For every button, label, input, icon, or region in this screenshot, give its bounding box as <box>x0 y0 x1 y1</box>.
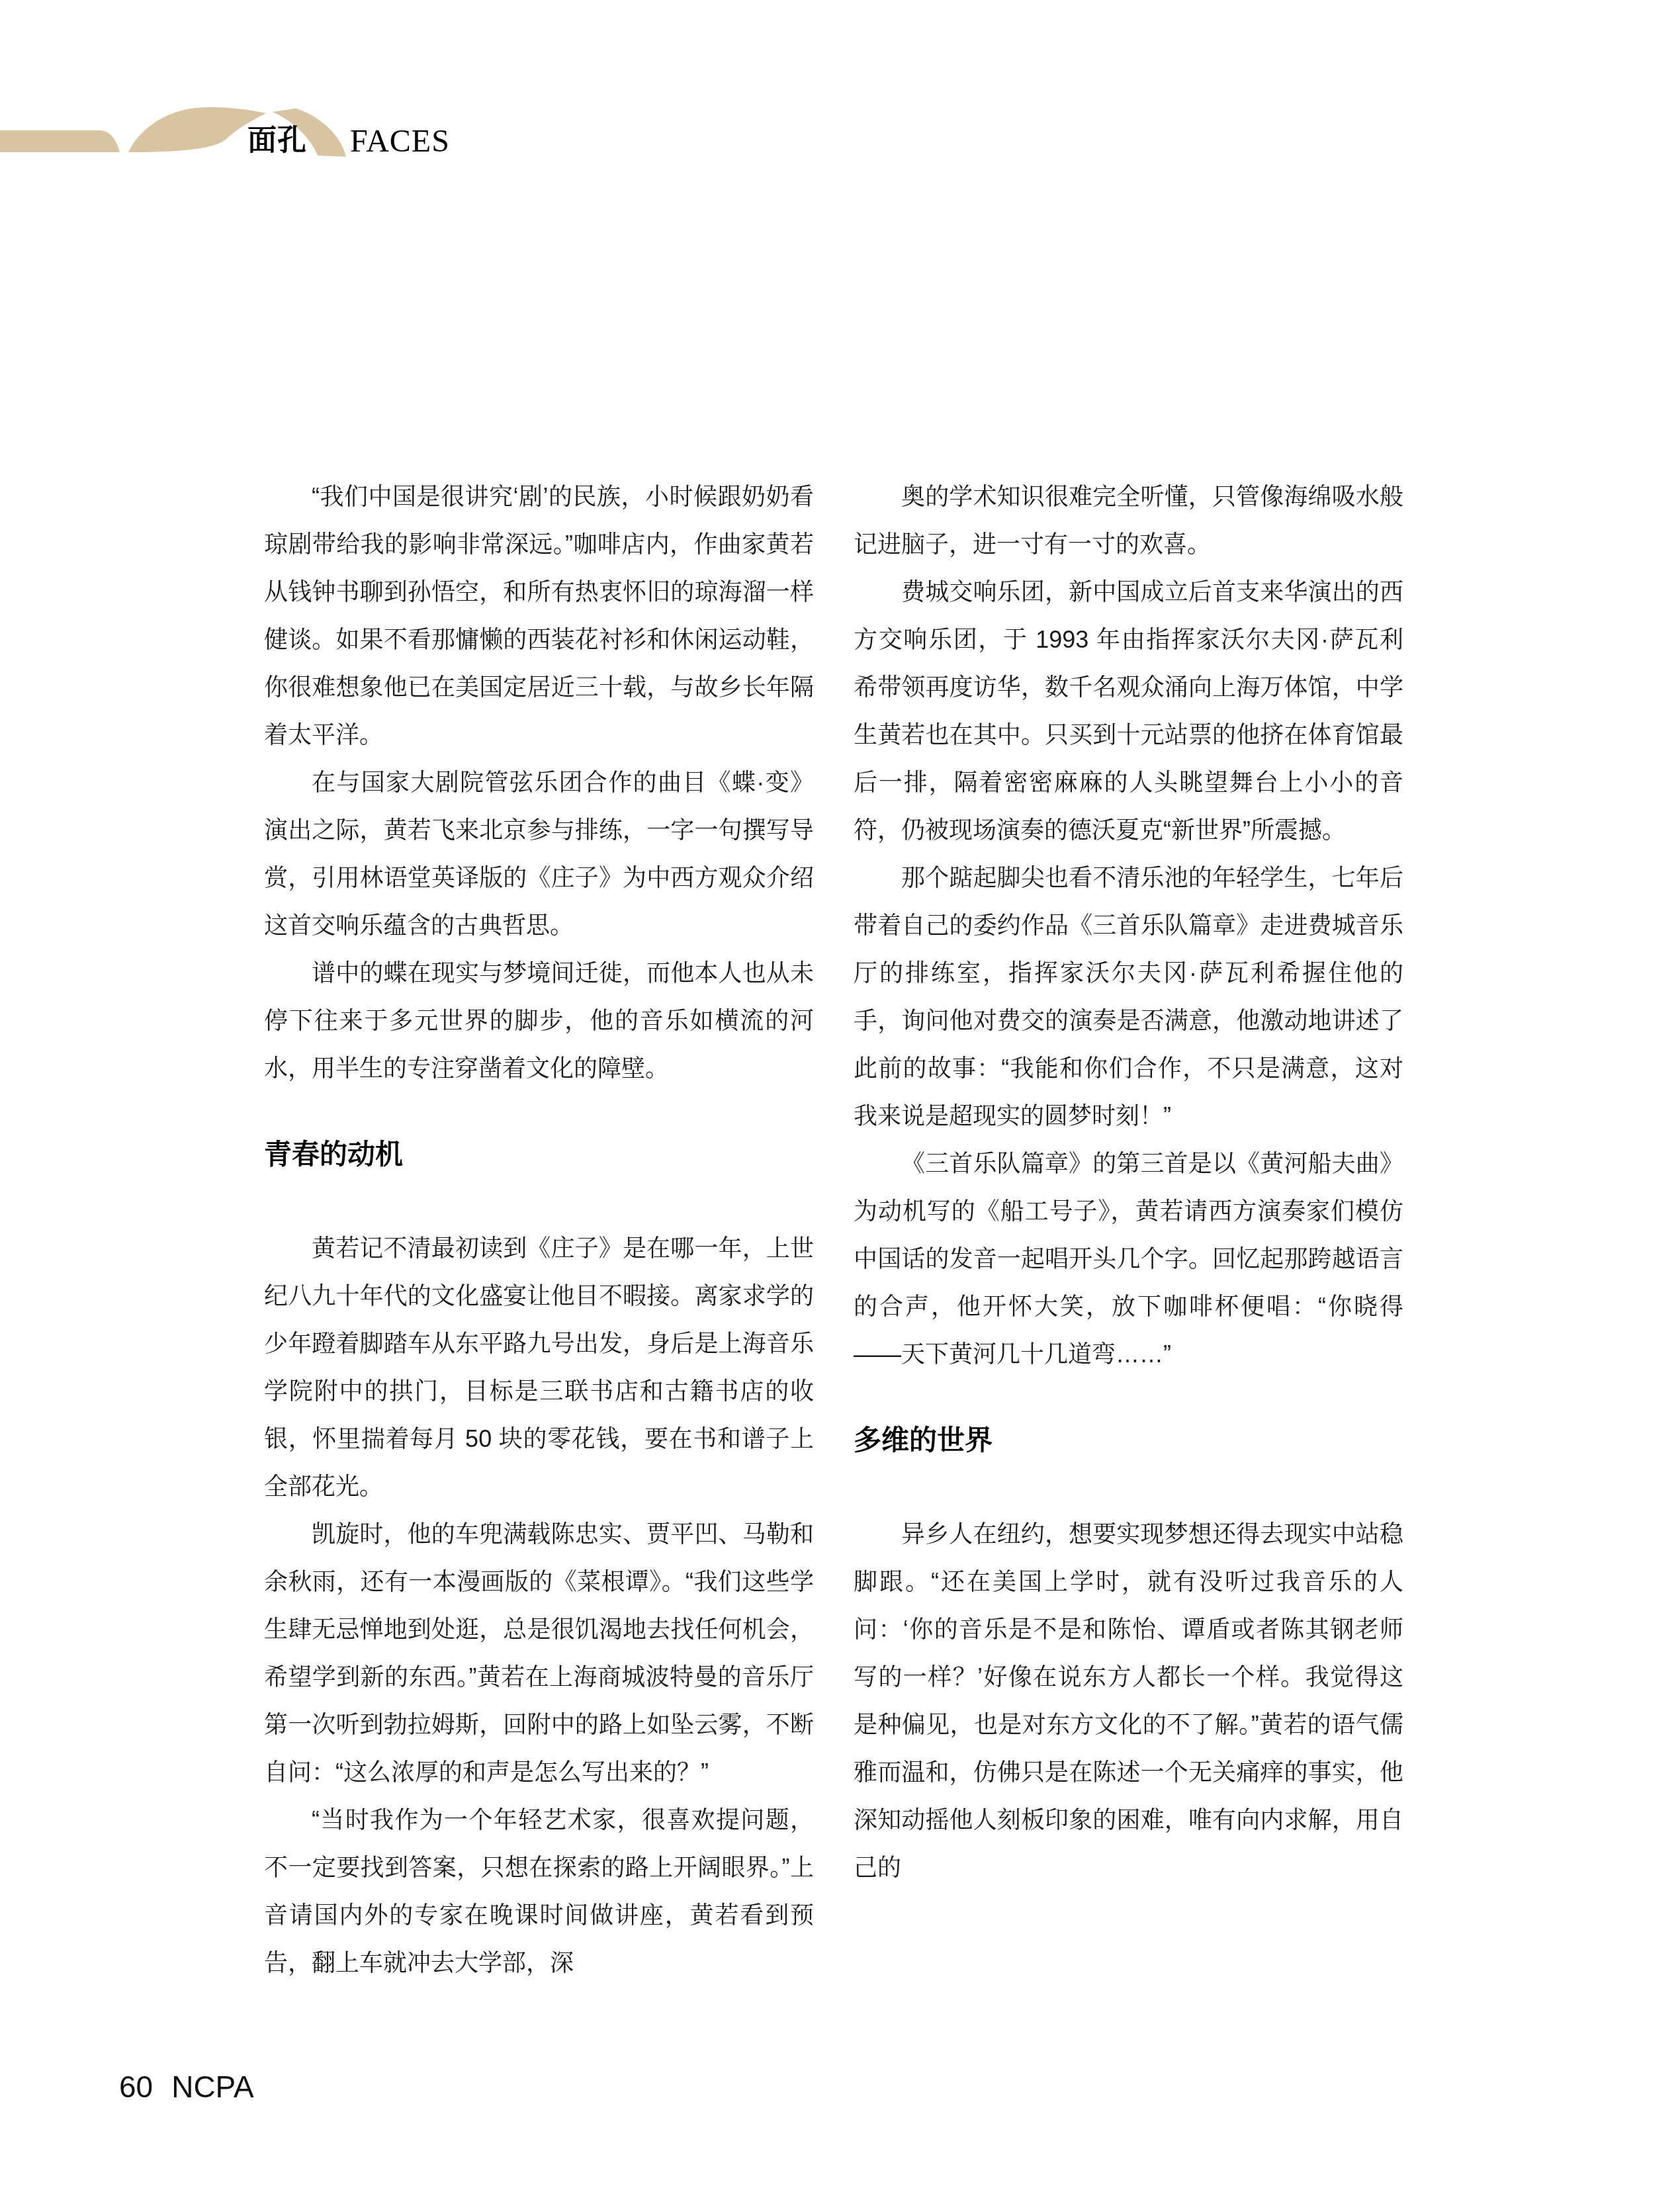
subheading-youth-motive: 青春的动机 <box>264 1131 814 1178</box>
paragraph: 费城交响乐团，新中国成立后首支来华演出的西方交响乐团，于 1993 年由指挥家沃… <box>854 568 1403 854</box>
subheading-multidimensional-world: 多维的世界 <box>854 1417 1403 1464</box>
section-title-chinese: 面孔 <box>247 126 307 155</box>
paragraph: 那个踮起脚尖也看不清乐池的年轻学生，七年后带着自己的委约作品《三首乐队篇章》走进… <box>854 854 1403 1140</box>
publication-abbreviation: NCPA <box>171 2070 253 2104</box>
paragraph: 奥的学术知识很难完全听懂，只管像海绵吸水般记进脑子，进一寸有一寸的欢喜。 <box>854 473 1403 568</box>
page-number: 60 <box>119 2070 153 2104</box>
paragraph: 异乡人在纽约，想要实现梦想还得去现实中站稳脚跟。“还在美国上学时，就有没听过我音… <box>854 1510 1403 1892</box>
paragraph: 黄若记不清最初读到《庄子》是在哪一年，上世纪八九十年代的文化盛宴让他目不暇接。离… <box>264 1225 814 1510</box>
paragraph: 《三首乐队篇章》的第三首是以《黄河船夫曲》为动机写的《船工号子》，黄若请西方演奏… <box>854 1140 1403 1378</box>
paragraph: “我们中国是很讲究‘剧’的民族，小时候跟奶奶看琼剧带给我的影响非常深远。”咖啡店… <box>264 473 814 759</box>
article-column-left: “我们中国是很讲究‘剧’的民族，小时候跟奶奶看琼剧带给我的影响非常深远。”咖啡店… <box>264 473 814 1987</box>
article-column-right: 奥的学术知识很难完全听懂，只管像海绵吸水般记进脑子，进一寸有一寸的欢喜。 费城交… <box>854 473 1403 1892</box>
swoosh-bar-shape <box>0 130 120 152</box>
paragraph: “当时我作为一个年轻艺术家，很喜欢提问题，不一定要找到答案，只想在探索的路上开阔… <box>264 1796 814 1987</box>
swoosh-hill-shape <box>128 107 266 152</box>
section-title-english: FACES <box>350 126 450 157</box>
magazine-page: 面孔 FACES “我们中国是很讲究‘剧’的民族，小时候跟奶奶看琼剧带给我的影响… <box>0 0 1680 2188</box>
page-footer: 60NCPA <box>119 2072 254 2102</box>
paragraph: 在与国家大剧院管弦乐团合作的曲目《蝶·变》演出之际，黄若飞来北京参与排练，一字一… <box>264 759 814 949</box>
header-swoosh-graphic <box>0 103 371 162</box>
paragraph: 谱中的蝶在现实与梦境间迁徙，而他本人也从未停下往来于多元世界的脚步，他的音乐如横… <box>264 949 814 1092</box>
paragraph: 凯旋时，他的车兜满载陈忠实、贾平凹、马勒和余秋雨，还有一本漫画版的《菜根谭》。“… <box>264 1510 814 1796</box>
